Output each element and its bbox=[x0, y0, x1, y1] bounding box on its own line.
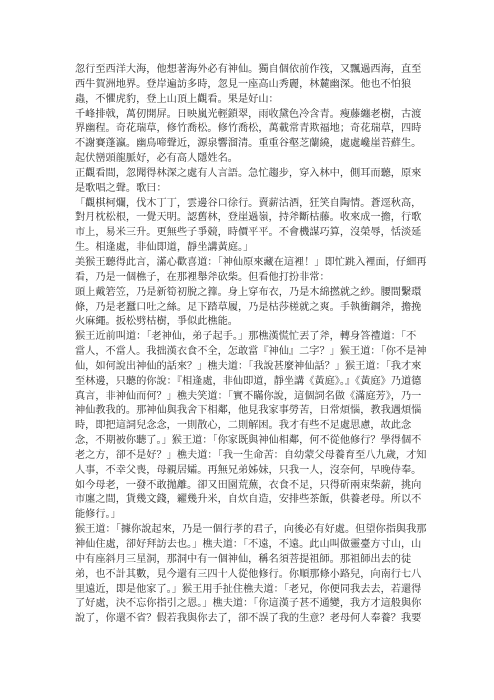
document-page: 忽行至西洋大海，他想著海外必有神仙。獨自個依前作筏，又飄過西海，直至 西牛賀洲地… bbox=[0, 0, 494, 700]
text-line: 至林邊，只聽的你說：『相逢處，非仙即道，靜坐講《黃庭》。』《黃庭》乃道德 bbox=[75, 375, 415, 390]
text-line: 猴王近前叫道：「老神仙，弟子起手。」那樵漢慌忙丟了斧，轉身答禮道：「不 bbox=[75, 330, 415, 345]
text-line: 西牛賀洲地界。登岸遍訪多時，忽見一座高山秀麗，林麓幽深。他也不怕狼 bbox=[75, 78, 415, 93]
text-line: 起伏巒頭龍脈好，必有高人隱姓名。 bbox=[75, 152, 415, 167]
text-line: 里遠近，即是他家了。」猴王用手扯住樵夫道：「老兄，你便同我去去，若還得 bbox=[75, 583, 415, 598]
text-line: 說了，你還不省？假若我與你去了，卻不誤了我的生意？老母何人奉養？我要 bbox=[75, 612, 415, 627]
text-line: 條，乃是老蠶口吐之絲。足下踏草履，乃是枯莎槎就之爽。手執衝鋼斧，擔挽 bbox=[75, 301, 415, 316]
text-line: 千峰排戟，萬仞開屏。日映嵐光輕鎖翠，雨收黛色冷含青。瘦藤纏老樹，古渡 bbox=[75, 108, 415, 123]
text-line: 了好處，決不忘你指引之恩。」樵夫道：「你這漢子甚不通變，我方才這般與你 bbox=[75, 597, 415, 612]
text-line: 時，即把這詞兒念念，一則散心，二則解困。我才有些不足處思慮，故此念 bbox=[75, 419, 415, 434]
text-line: 如今母老，一發不敢拋離。卻又田園荒蕪，衣食不足，只得斫兩束柴薪，挑向 bbox=[75, 479, 415, 494]
body-text: 忽行至西洋大海，他想著海外必有神仙。獨自個依前作筏，又飄過西海，直至 西牛賀洲地… bbox=[75, 63, 415, 627]
text-line: 火麻繩。扳松劈枯樹，爭似此樵能。 bbox=[75, 315, 415, 330]
text-line: 頭上戴箬笠，乃是新筍初脫之籜。身上穿布衣，乃是木綿撚就之紗。腰間繫環 bbox=[75, 286, 415, 301]
text-line: 美猴王聽得此言，滿心歡喜道：「神仙原來藏在這裡！」即忙跳入裡面，仔細再 bbox=[75, 256, 415, 271]
text-line: 弟，也不計其數，見今還有三四十人從他修行。你順那條小路兒，向南行七八 bbox=[75, 568, 415, 583]
text-line: 真言，非神仙而何？」樵夫笑道：「實不瞞你說，這個詞名做《滿庭芳》，乃一 bbox=[75, 390, 415, 405]
text-line: 界幽程。奇花瑞草，修竹喬松。修竹喬松，萬載常青欺福地；奇花瑞草，四時 bbox=[75, 122, 415, 137]
text-line: 人事，不幸父喪，母親居孀。再無兄弟姊妹，只我一人，沒奈何，早晚侍奉。 bbox=[75, 464, 415, 479]
text-line: 生。相逢處，非仙即道，靜坐講黃庭。」 bbox=[75, 241, 415, 256]
text-line: 市廛之間，貨幾文錢，糴幾升米，自炊自造，安排些茶飯，供養老母。所以不 bbox=[75, 493, 415, 508]
text-line: 神仙住處，卻好拜訪去也。」樵夫道：「不遠，不遠。此山叫做靈臺方寸山，山 bbox=[75, 538, 415, 553]
text-line: 市上，易米三升。更無些子爭競，時價平平。不會機謀巧算，沒榮辱，恬淡延 bbox=[75, 226, 415, 241]
text-line: 念，不期被你聽了。」猴王道：「你家既與神仙相鄰，何不從他修行？學得個不 bbox=[75, 434, 415, 449]
text-line: 能修行。」 bbox=[75, 508, 415, 523]
text-line: 不謝賽蓬瀛。幽鳥啼聲近，源泉響溜清。重重谷壑芝蘭繞，處處巉崖苔蘚生。 bbox=[75, 137, 415, 152]
text-line: 看，乃是一個樵子，在那裡舉斧砍柴。但看他打扮非常： bbox=[75, 271, 415, 286]
text-line: 是歌唱之聲。歌曰： bbox=[75, 182, 415, 197]
text-line: 神仙教我的。那神仙與我舍下相鄰，他見我家事勞苦，日常煩惱，教我遇煩惱 bbox=[75, 404, 415, 419]
text-line: 老之方，卻不是好？」樵夫道：「我一生命苦：自幼蒙父母養育至八九歲，才知 bbox=[75, 449, 415, 464]
text-line: 對月枕松根，一覺天明。認舊林，登崖過嶺，持斧斷枯藤。收來成一擔，行歌 bbox=[75, 211, 415, 226]
text-line: 忽行至西洋大海，他想著海外必有神仙。獨自個依前作筏，又飄過西海，直至 bbox=[75, 63, 415, 78]
text-line: 「觀棋柯爛，伐木丁丁，雲邊谷口徐行。賣薪沽酒，狂笑自陶情。蒼逕秋高， bbox=[75, 197, 415, 212]
text-line: 正觀看間，忽聞得林深之處有人言語。急忙趨步，穿入林中，側耳而聽，原來 bbox=[75, 167, 415, 182]
text-line: 猴王道：「據你說起來，乃是一個行孝的君子，向後必有好處。但望你指與我那 bbox=[75, 523, 415, 538]
text-line: 仙，如何說出神仙的話來？」樵夫道：「我說甚麼神仙話？」猴王道：「我才來 bbox=[75, 360, 415, 375]
text-line: 蟲，不懼虎豹，登上山頂上觀看。果是好山： bbox=[75, 93, 415, 108]
text-line: 中有座斜月三星洞，那洞中有一個神仙，稱名須菩提祖師。那祖師出去的徒 bbox=[75, 553, 415, 568]
text-line: 當人，不當人。我拙漢衣食不全，怎敢當『神仙』二字？」猴王道：「你不是神 bbox=[75, 345, 415, 360]
